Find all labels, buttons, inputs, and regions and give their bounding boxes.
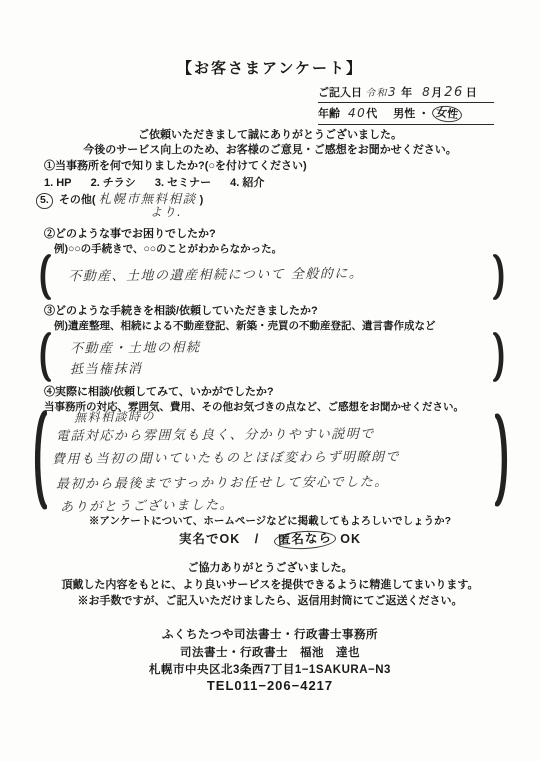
gender-separator: ・ — [418, 105, 429, 121]
q3-answer-line-1-handwritten: 不動産・土地の相続 — [70, 336, 201, 356]
publish-real-name-label: 実名でOK — [179, 532, 240, 546]
handwritten-bracket-right-icon — [493, 254, 506, 300]
age-value-handwritten: 40 — [348, 106, 366, 120]
age-unit: 代 — [366, 105, 377, 121]
intro-line-1: ご依頼いただきまして誠にありがとうございました。 — [0, 126, 540, 142]
age-gender-line: 年齢 40 代 男性 ・ 女性 — [318, 105, 494, 125]
q1-question: ①当事務所を何で知りましたか?(○を付けてください) — [44, 157, 307, 173]
q4-answer-line-4-handwritten: ありがとうございました。 — [60, 494, 234, 515]
publish-anonymous-ok-label: OK — [340, 532, 361, 546]
q1-option5-note-handwritten: より. — [150, 203, 182, 220]
date-line: ご記入日 令和 3 年 8 月 26 日 — [318, 84, 494, 103]
footer-address: 札幌市中央区北3条西7丁目1−1SAKURA−N3 — [0, 661, 540, 677]
footer-telephone: TEL011−206−4217 — [0, 678, 540, 693]
handwritten-bracket-right-icon — [495, 413, 510, 507]
q1-option-1: 1. HP — [44, 177, 72, 189]
q4-answer-line-3-handwritten: 最初から最後まですっかりお任せして安心でした。 — [56, 471, 389, 492]
q4-answer-line-1-handwritten: 電話対応から雰囲気も良く、分かりやすい説明で — [56, 423, 375, 444]
closing-line-1: ご協力ありがとうございました。 — [0, 559, 540, 575]
age-label: 年齢 — [318, 105, 340, 121]
date-era-handwritten: 令和 — [365, 84, 388, 99]
publish-separator: / — [255, 532, 259, 546]
footer-person-name: 司法書士・行政書士 福池 達也 — [0, 644, 540, 660]
q1-option5-number-circled: 5. — [36, 193, 53, 209]
publish-question: ※アンケートについて、ホームページなどに掲載してもよろしいでしょうか? — [0, 513, 540, 528]
q4-answer-box: 無料相談時の 電話対応から雰囲気も良く、分かりやすい説明で 費用も当初の聞いてい… — [32, 407, 510, 513]
gender-male-label: 男性 — [393, 105, 415, 121]
handwritten-bracket-left-icon — [38, 254, 51, 300]
q2-answer-box: 不動産、土地の遺産相続について 全般的に。 — [38, 252, 506, 302]
q1-option-2: 2. チラシ — [91, 177, 136, 189]
date-year-handwritten: 3 — [388, 85, 397, 99]
handwritten-bracket-left-icon — [38, 332, 51, 382]
q4-insert-handwritten: 無料相談時の — [74, 407, 155, 425]
date-label: ご記入日 — [318, 84, 362, 100]
closing-line-2: 頂戴した内容をもとに、より良いサービスを提供できるように精進してまいります。 — [0, 576, 540, 592]
q1-option-4: 4. 紹介 — [230, 177, 264, 189]
date-month-handwritten: 8 — [422, 85, 431, 99]
q1-option5-label: その他( — [59, 194, 96, 206]
q3-question: ③どのような手続きを相談/依頼していただきましたか? — [44, 302, 318, 318]
q1-options: 1. HP 2. チラシ 3. セミナー 4. 紹介 — [44, 174, 280, 190]
q2-question: ②どのような事でお困りでしたか? — [44, 225, 216, 241]
survey-scan-page: 【お客さまアンケート】 ご記入日 令和 3 年 8 月 26 日 年齢 40 代… — [0, 0, 540, 762]
date-month-unit: 月 — [431, 84, 442, 100]
q4-answer-line-2-handwritten: 費用も当初の聞いていたものとほぼ変わらず明瞭朗で — [52, 446, 400, 467]
date-day-unit: 日 — [466, 84, 477, 100]
page-title: 【お客さまアンケート】 — [0, 57, 540, 78]
intro-line-2: 今後のサービス向上のため、お客様のご意見・ご感想をお聞かせください。 — [0, 141, 540, 157]
footer-office-name: ふくちたつや司法書士・行政書士事務所 — [0, 626, 540, 642]
handwritten-bracket-right-icon — [493, 332, 506, 382]
date-year-unit: 年 — [401, 84, 412, 100]
q1-option5-close: ) — [200, 194, 204, 206]
q2-answer-handwritten: 不動産、土地の遺産相続について 全般的に。 — [68, 262, 364, 284]
date-day-handwritten: 26 — [444, 85, 464, 100]
publish-anonymous-circled: 匿名なら — [273, 529, 336, 550]
handwritten-bracket-left-icon — [32, 410, 47, 510]
q3-answer-box: 不動産・土地の相続 抵当権抹消 — [38, 330, 506, 384]
q3-answer-line-2-handwritten: 抵当権抹消 — [70, 358, 143, 378]
publish-options: 実名でOK / 匿名なら OK — [0, 529, 540, 549]
closing-line-3: ※お手数ですが、ご記入いただけましたら、返信用封筒にてご返送ください。 — [0, 592, 540, 608]
q1-option-3: 3. セミナー — [155, 177, 211, 189]
gender-female-circled: 女性 — [432, 104, 464, 123]
q4-question: ④実際に相談/依頼してみて、いかがでしたか? — [44, 383, 274, 399]
